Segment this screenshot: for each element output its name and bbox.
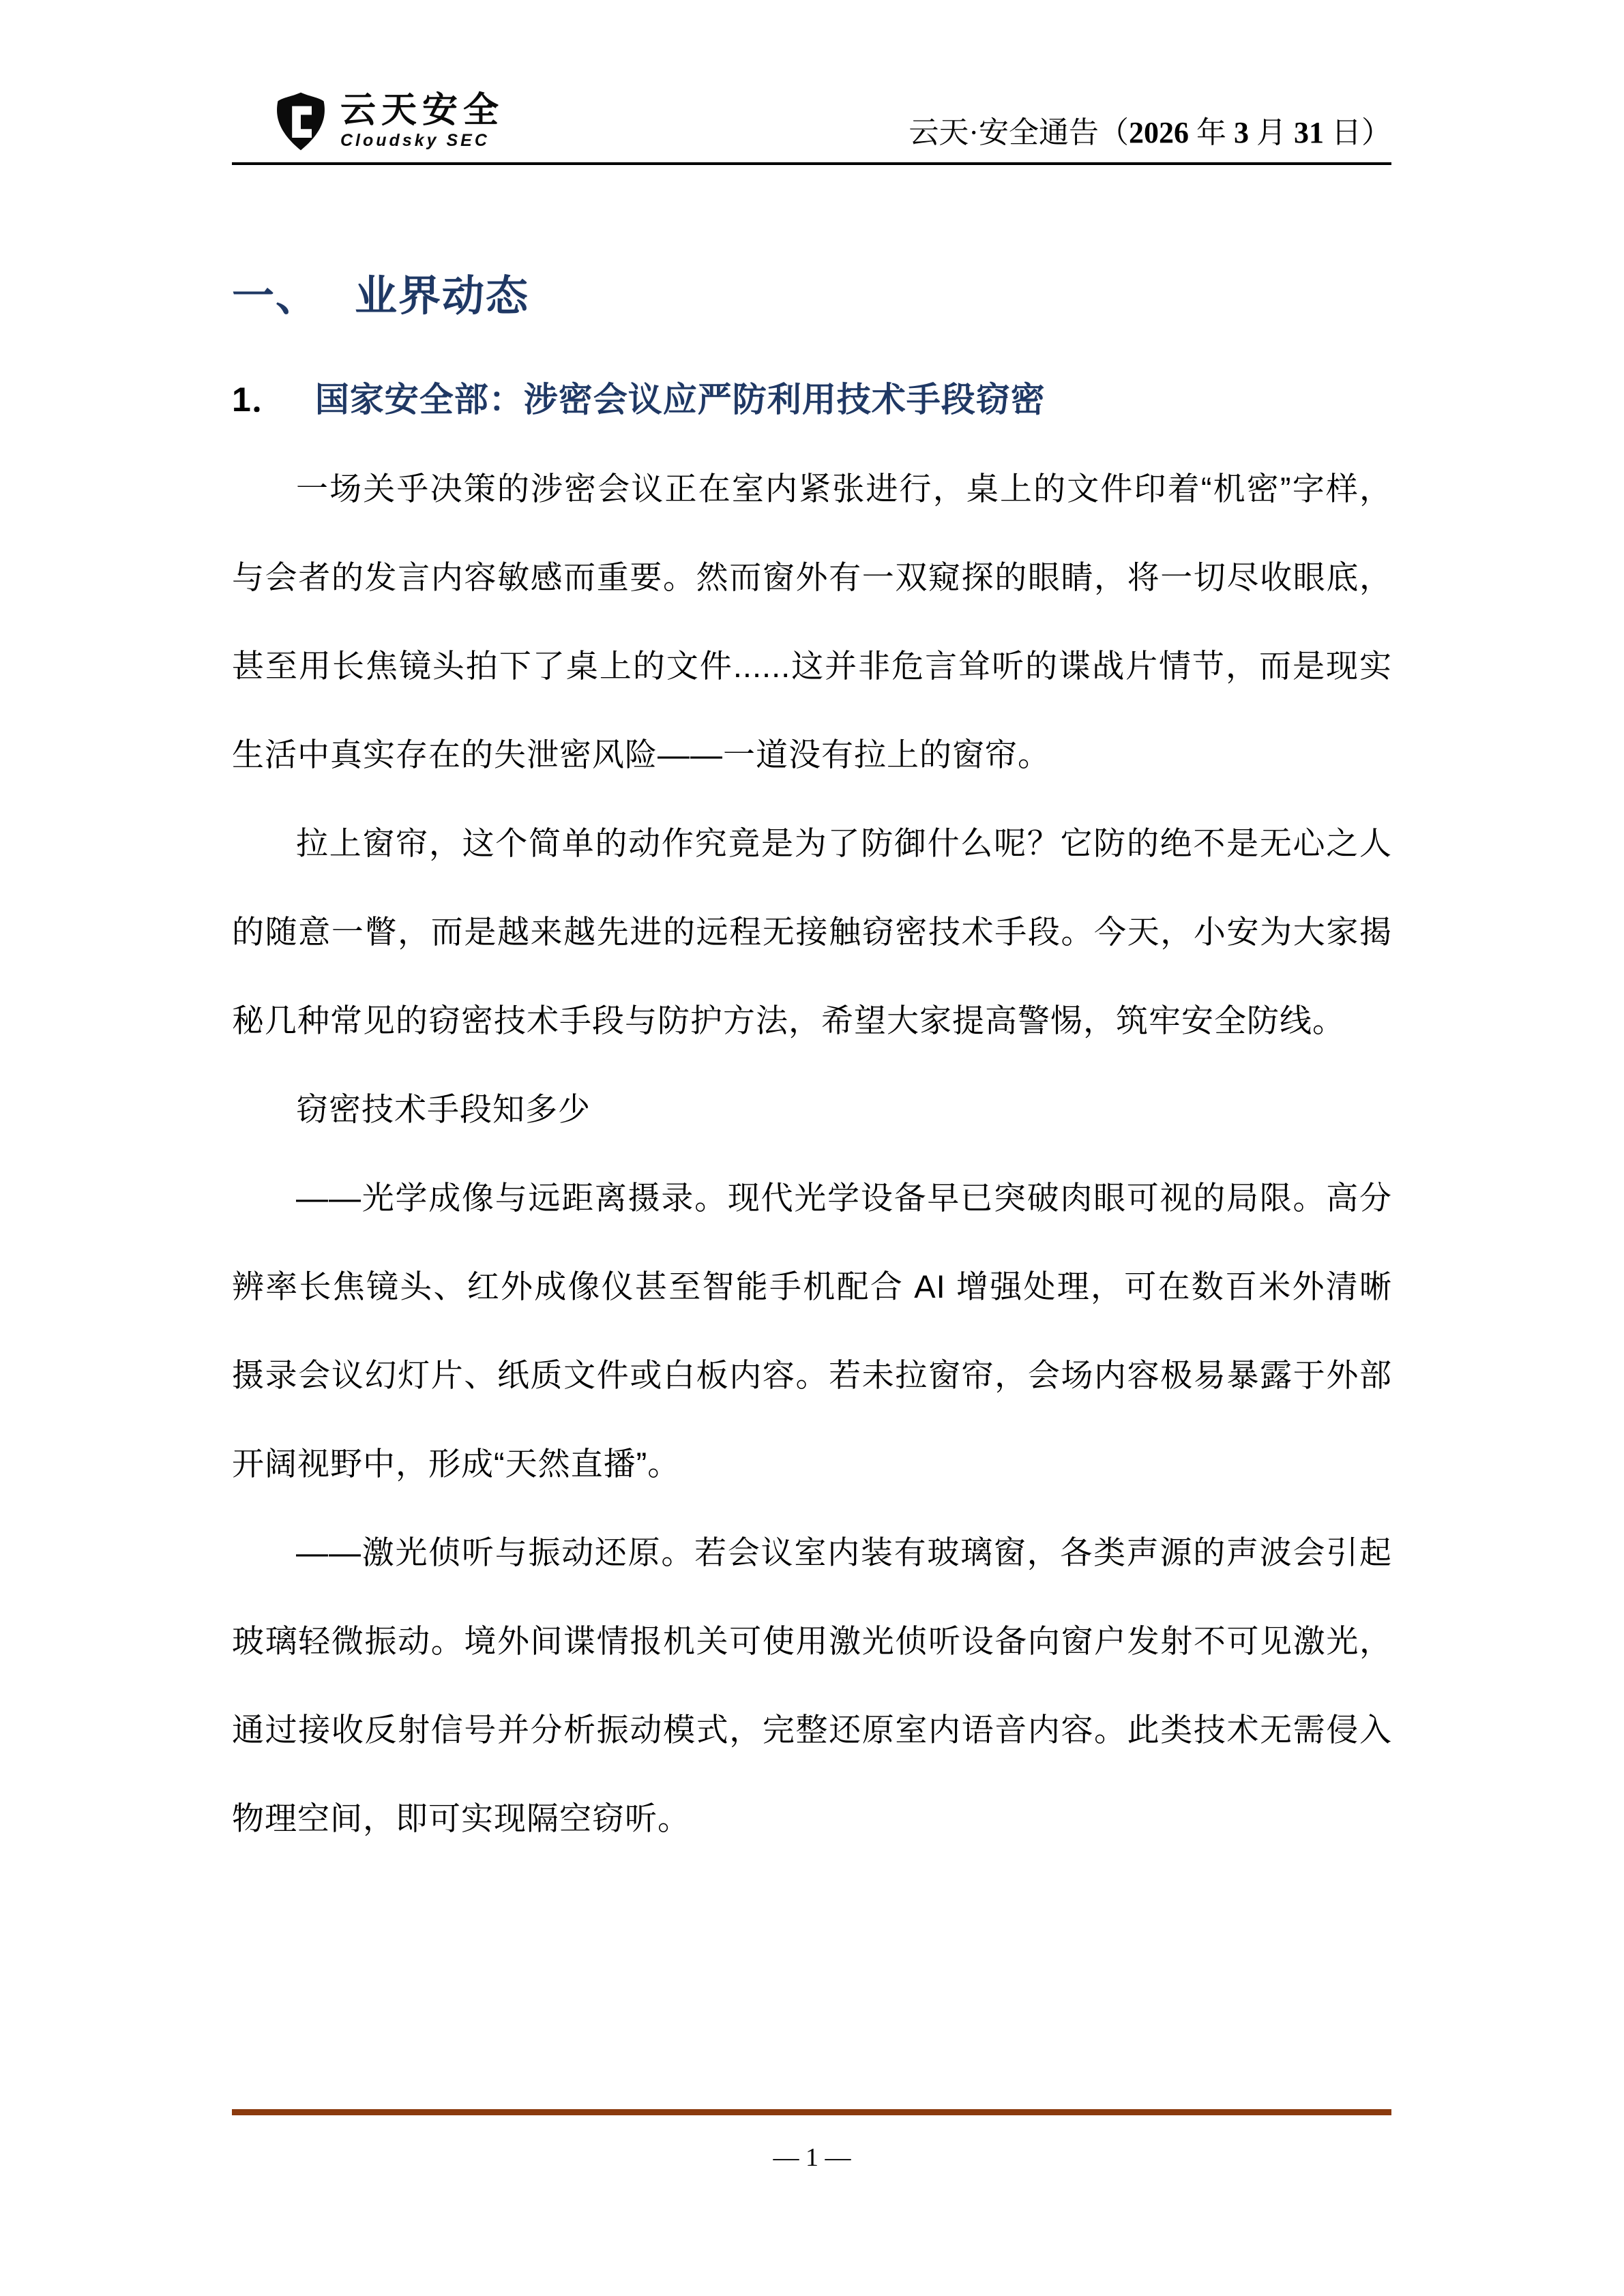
bulletin-title-text: 云天·安全通告（ [909,116,1129,149]
body-paragraph: 拉上窗帘，这个简单的动作究竟是为了防御什么呢？它防的绝不是无心之人的随意一瞥，而… [232,799,1392,1065]
article-heading-number: 1． [232,381,286,419]
header-divider [232,162,1391,165]
brand-name-en: Cloudsky SEC [340,131,504,151]
brand-logo: 云天安全 Cloudsky SEC [274,91,504,152]
footer-divider [232,2109,1391,2115]
page-number: — 1 — [0,2143,1624,2173]
brand-name-cn: 云天安全 [340,92,504,130]
article-heading: 1．国家安全部：涉密会议应严防利用技术手段窃密 [232,372,1391,421]
article-body: 一场关乎决策的涉密会议正在室内紧张进行，桌上的文件印着“机密”字样，与会者的发言… [232,445,1392,1863]
body-paragraph: 窃密技术手段知多少 [232,1065,1392,1154]
bulletin-title-text: 日） [1324,116,1391,149]
body-paragraph: 一场关乎决策的涉密会议正在室内紧张进行，桌上的文件印着“机密”字样，与会者的发言… [232,445,1392,799]
section-heading: 一、业界动态 [232,262,1391,323]
document-page: 云天安全 Cloudsky SEC 云天·安全通告（2026 年 3 月 31 … [0,0,1624,2296]
bulletin-title-text: 月 [1249,116,1294,149]
section-heading-number: 一、 [232,273,319,320]
bulletin-title-text: 年 [1189,116,1234,149]
bulletin-title: 云天·安全通告（2026 年 3 月 31 日） [909,108,1391,151]
section-heading-title: 业界动态 [355,273,529,320]
bulletin-title-month: 3 [1234,116,1249,149]
body-paragraph: ——激光侦听与振动还原。若会议室内装有玻璃窗，各类声源的声波会引起玻璃轻微振动。… [232,1508,1392,1863]
article-heading-title: 国家安全部：涉密会议应严防利用技术手段窃密 [315,381,1046,419]
bulletin-title-day: 31 [1294,116,1324,149]
shield-c-icon [274,91,328,152]
body-paragraph: ——光学成像与远距离摄录。现代光学设备早已突破肉眼可视的局限。高分辨率长焦镜头、… [232,1154,1392,1508]
bulletin-title-year: 2026 [1129,116,1189,149]
